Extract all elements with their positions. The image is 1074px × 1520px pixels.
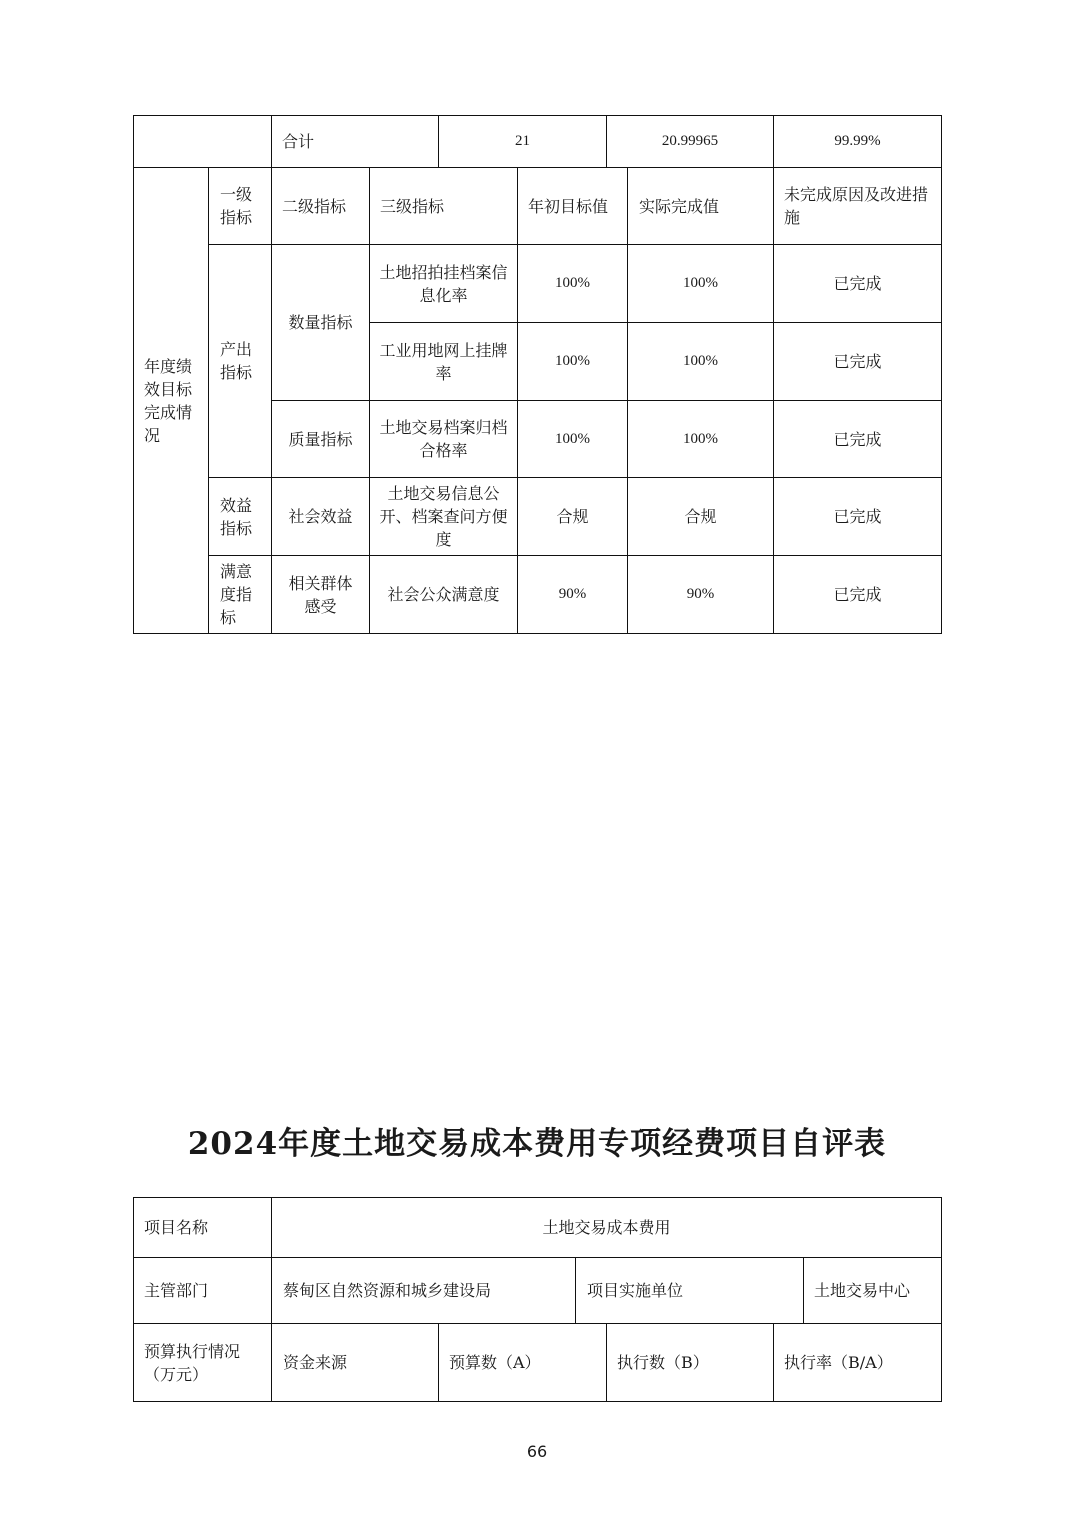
level2-group-feeling: 相关群体感受	[271, 555, 370, 634]
row-actual: 100%	[627, 244, 774, 323]
row-target: 100%	[517, 400, 628, 478]
level1-satisfaction: 满意度指标	[208, 555, 272, 634]
row-reason: 已完成	[773, 400, 942, 478]
header-target: 年初目标值	[517, 167, 628, 245]
total-row-empty	[133, 115, 272, 168]
row-actual: 100%	[627, 322, 774, 401]
dept-value: 蔡甸区自然资源和城乡建设局	[271, 1257, 576, 1324]
level2-quality: 质量指标	[271, 400, 370, 478]
level1-benefit: 效益指标	[208, 477, 272, 556]
row-actual: 合规	[627, 477, 774, 556]
total-executed: 20.99965	[606, 115, 774, 168]
row-actual: 90%	[627, 555, 774, 634]
page-number: 66	[0, 1442, 1074, 1461]
row-reason: 已完成	[773, 477, 942, 556]
row-target: 100%	[517, 322, 628, 401]
fund-source-header: 资金来源	[271, 1323, 439, 1402]
header-level1: 一级指标	[208, 167, 272, 245]
row-level3: 土地交易信息公开、档案查问方便度	[369, 477, 518, 556]
budget-label: 预算执行情况（万元）	[133, 1323, 272, 1402]
row-reason: 已完成	[773, 244, 942, 323]
impl-value: 土地交易中心	[803, 1257, 942, 1324]
level1-output: 产出指标	[208, 244, 272, 478]
row-level3: 土地招拍挂档案信息化率	[369, 244, 518, 323]
rate-ba-header: 执行率（B/A）	[773, 1323, 942, 1402]
project-name-value: 土地交易成本费用	[271, 1197, 942, 1258]
header-actual: 实际完成值	[627, 167, 774, 245]
row-level3: 工业用地网上挂牌率	[369, 322, 518, 401]
total-rate: 99.99%	[773, 115, 942, 168]
total-budget: 21	[438, 115, 607, 168]
row-reason: 已完成	[773, 555, 942, 634]
row-actual: 100%	[627, 400, 774, 478]
row-level3: 社会公众满意度	[369, 555, 518, 634]
header-level2: 二级指标	[271, 167, 370, 245]
header-reason: 未完成原因及改进措施	[773, 167, 942, 245]
row-target: 90%	[517, 555, 628, 634]
row-reason: 已完成	[773, 322, 942, 401]
level2-quantity: 数量指标	[271, 244, 370, 401]
level2-social-benefit: 社会效益	[271, 477, 370, 556]
section-label: 年度绩效目标完成情况	[133, 167, 209, 634]
project-name-label: 项目名称	[133, 1197, 272, 1258]
total-label: 合计	[271, 115, 439, 168]
header-level3: 三级指标	[369, 167, 518, 245]
row-target: 合规	[517, 477, 628, 556]
dept-label: 主管部门	[133, 1257, 272, 1324]
row-level3: 土地交易档案归档合格率	[369, 400, 518, 478]
row-target: 100%	[517, 244, 628, 323]
document-title: 2024年度土地交易成本费用专项经费项目自评表	[0, 1118, 1074, 1163]
impl-label: 项目实施单位	[575, 1257, 804, 1324]
exec-b-header: 执行数（B）	[606, 1323, 774, 1402]
budget-a-header: 预算数（A）	[438, 1323, 607, 1402]
